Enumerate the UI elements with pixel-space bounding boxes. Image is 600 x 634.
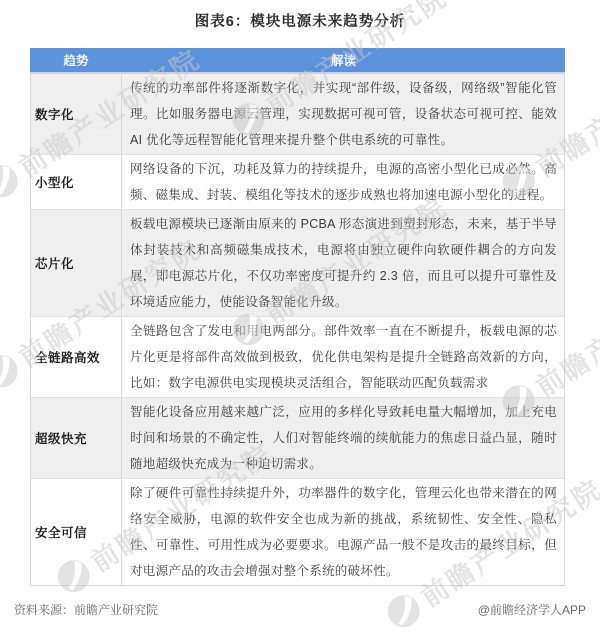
table-row: 芯片化 板载电源模块已逐渐由原来的 PCBA 形态演进到塑封形态，未来，基于半导… — [31, 209, 564, 316]
table-row: 小型化 网络设备的下沉，功耗及算力的持续提升，电源的高密小型化已成必然。高频、磁… — [31, 154, 564, 209]
qianzhan-logo-icon — [0, 159, 24, 203]
table-row: 超级快充 智能化设备应用越来越广泛，应用的多样化导致耗电量大幅增加，加上充电时间… — [31, 397, 564, 478]
interpretation-cell: 全链路包含了发电和用电两部分。部件效率一直在不断提升，板载电源的芯片化更是将部件… — [122, 317, 564, 397]
table-row: 全链路高效 全链路包含了发电和用电两部分。部件效率一直在不断提升，板载电源的芯片… — [31, 316, 564, 397]
trend-table: 趋势 解读 数字化 传统的功率部件将逐渐数字化，并实现“部件级，设备级，网络级”… — [30, 48, 565, 586]
interpretation-cell: 智能化设备应用越来越广泛，应用的多样化导致耗电量大幅增加，加上充电时间和场景的不… — [122, 398, 564, 478]
interpretation-cell: 除了硬件可靠性持续提升外，功率器件的数字化，管理云化也带来潜在的网络安全威胁，电… — [122, 479, 564, 585]
column-header-interpretation: 解读 — [122, 51, 565, 69]
table-row: 安全可信 除了硬件可靠性持续提升外，功率器件的数字化，管理云化也带来潜在的网络安… — [31, 478, 564, 585]
interpretation-cell: 传统的功率部件将逐渐数字化，并实现“部件级，设备级，网络级”智能化管理。比如服务… — [122, 74, 564, 154]
column-header-trend: 趋势 — [30, 51, 122, 69]
page-title: 图表6：模块电源未来趋势分析 — [0, 10, 600, 31]
trend-cell: 超级快充 — [31, 398, 122, 478]
trend-cell: 全链路高效 — [31, 317, 122, 397]
trend-cell: 安全可信 — [31, 479, 122, 585]
trend-cell: 小型化 — [31, 155, 122, 209]
figure-footer: 资料来源：前瞻产业研究院 @前瞻经济学人APP — [14, 601, 586, 618]
source-note: 资料来源：前瞻产业研究院 — [14, 601, 158, 618]
interpretation-cell: 网络设备的下沉，功耗及算力的持续提升，电源的高密小型化已成必然。高频、磁集成、封… — [122, 155, 564, 209]
qianzhan-logo-icon — [0, 349, 24, 393]
trend-cell: 数字化 — [31, 74, 122, 154]
report-figure-page: 图表6：模块电源未来趋势分析 趋势 解读 数字化 传统的功率部件将逐渐数字化，并… — [0, 0, 600, 634]
interpretation-cell: 板载电源模块已逐渐由原来的 PCBA 形态演进到塑封形态，未来，基于半导体封装技… — [122, 210, 564, 316]
table-body: 数字化 传统的功率部件将逐渐数字化，并实现“部件级，设备级，网络级”智能化管理。… — [30, 72, 565, 586]
table-row: 数字化 传统的功率部件将逐渐数字化，并实现“部件级，设备级，网络级”智能化管理。… — [31, 74, 564, 154]
trend-cell: 芯片化 — [31, 210, 122, 316]
table-header-row: 趋势 解读 — [30, 48, 565, 72]
app-credit: @前瞻经济学人APP — [478, 601, 586, 618]
